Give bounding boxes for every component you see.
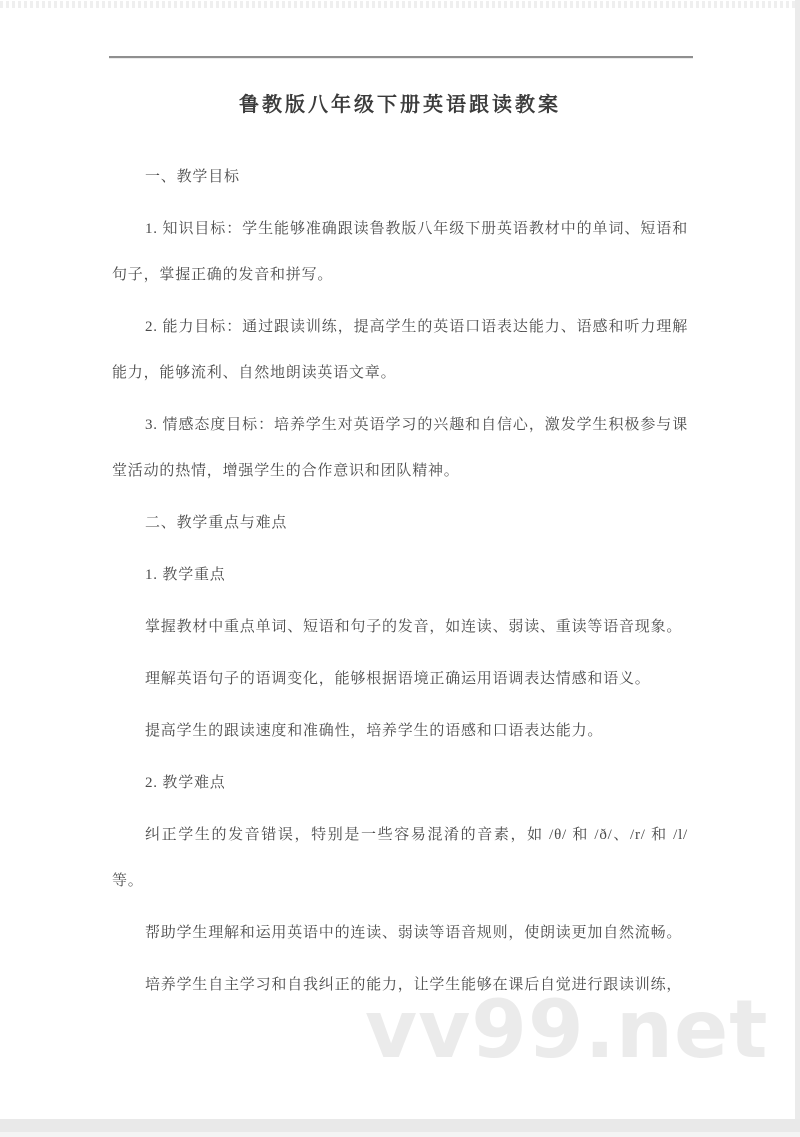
- body-paragraph: 提高学生的跟读速度和准确性，培养学生的语感和口语表达能力。: [112, 708, 688, 754]
- body-paragraph: 1. 知识目标：学生能够准确跟读鲁教版八年级下册英语教材中的单词、短语和句子，掌…: [112, 206, 688, 298]
- section-heading: 一、教学目标: [112, 154, 688, 200]
- section-subheading: 2. 教学难点: [112, 760, 688, 806]
- page-right-edge: [795, 0, 800, 1119]
- body-paragraph: 掌握教材中重点单词、短语和句子的发音，如连读、弱读、重读等语音现象。: [112, 604, 688, 650]
- body-paragraph: 培养学生自主学习和自我纠正的能力，让学生能够在课后自觉进行跟读训练，: [112, 962, 688, 1008]
- document-title: 鲁教版八年级下册英语跟读教案: [0, 88, 800, 117]
- body-paragraph: 纠正学生的发音错误，特别是一些容易混淆的音素，如 /θ/ 和 /ð/、/r/ 和…: [112, 812, 688, 904]
- body-paragraph: 帮助学生理解和运用英语中的连读、弱读等语音规则，使朗读更加自然流畅。: [112, 910, 688, 956]
- section-heading: 二、教学重点与难点: [112, 500, 688, 546]
- body-paragraph: 3. 情感态度目标：培养学生对英语学习的兴趣和自信心，激发学生积极参与课堂活动的…: [112, 402, 688, 494]
- section-subheading: 1. 教学重点: [112, 552, 688, 598]
- document-body: 一、教学目标1. 知识目标：学生能够准确跟读鲁教版八年级下册英语教材中的单词、短…: [112, 154, 688, 1014]
- body-paragraph: 理解英语句子的语调变化，能够根据语境正确运用语调表达情感和语义。: [112, 656, 688, 702]
- document-page: 鲁教版八年级下册英语跟读教案 一、教学目标1. 知识目标：学生能够准确跟读鲁教版…: [0, 0, 800, 1137]
- header-divider-rule: [109, 56, 693, 58]
- page-top-edge-texture: [0, 1, 800, 8]
- page-bottom-edge: [0, 1119, 800, 1137]
- body-paragraph: 2. 能力目标：通过跟读训练，提高学生的英语口语表达能力、语感和听力理解能力，能…: [112, 304, 688, 396]
